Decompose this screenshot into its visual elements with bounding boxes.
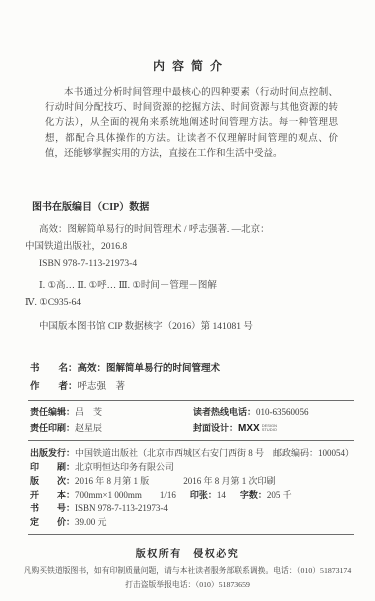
format-value: 700mm×1 000mm 1/16 (75, 490, 176, 500)
cip-publisher-line: 中国铁道出版社，2016.8 (25, 239, 355, 256)
printer-name: 赵星辰 (75, 423, 102, 433)
cip-title-line: 高效：图解简单易行的时间管理术 / 呼志强著. —北京： (25, 222, 355, 239)
price-row: 定 价：39.00 元 (30, 516, 357, 530)
intro-title: 内容简介 (0, 0, 375, 74)
format-row: 开 本：700mm×1 000mm 1/16印张：14字数：205 千 (30, 489, 357, 503)
intro-paragraph: 本书通过分析时间管理中最核心的四种要素（行动时间点控制、行动时间分配技巧、时间资… (45, 86, 338, 162)
book-author-label: 作 者： (30, 382, 78, 392)
divider-middle (28, 440, 354, 441)
cip-classification-line-2: Ⅳ. ①C935-64 (25, 295, 355, 312)
mxx-logo-text: MXX (238, 421, 260, 437)
print-label: 印 刷： (30, 462, 75, 472)
sheets-value: 14 (217, 490, 226, 500)
print-value: 北京明恒达印务有限公司 (75, 462, 174, 472)
printer-label: 责任印刷： (30, 423, 75, 433)
editor-row: 责任编辑：吕 芠 (30, 405, 193, 421)
cip-heading: 图书在版编目（CIP）数据 (32, 198, 375, 213)
book-title-label: 书 名： (30, 364, 78, 374)
book-info: 书 名：高效：图解简单易行的时间管理术 作 者：呼志强 著 (30, 361, 355, 396)
hotline-row: 读者热线电话：010-63560056 (193, 405, 355, 421)
isbn-row: 书 号：ISBN 978-7-113-21973-4 (30, 502, 357, 516)
publisher-value: 中国铁道出版社（北京市西城区右安门西街 8 号 邮政编码：100054） (75, 448, 354, 458)
cover-design-row: 封面设计：MXXDESIGNSTUDIO (193, 421, 355, 437)
copyright-statement: 版权所有 侵权必究 (0, 545, 375, 560)
words-label: 字数： (240, 490, 267, 500)
staff-section: 责任编辑：吕 芠 读者热线电话：010-63560056 责任印刷：赵星辰 封面… (30, 405, 355, 436)
edition-row: 版 次：2016 年 8 月第 1 版2016 年 8 月第 1 次印刷 (30, 475, 357, 489)
isbn-label: 书 号： (30, 503, 75, 513)
book-title-row: 书 名：高效：图解简单易行的时间管理术 (30, 361, 355, 379)
piracy-report-line: 打击盗版举报电话：（010）51873659 (0, 579, 375, 590)
book-title-value: 高效：图解简单易行的时间管理术 (78, 364, 221, 374)
publisher-row: 出版发行：中国铁道出版社（北京市西城区右安门西街 8 号 邮政编码：100054… (30, 447, 357, 461)
hotline-label: 读者热线电话： (193, 407, 256, 417)
editor-name: 吕 芠 (75, 407, 102, 417)
printer-row: 责任印刷：赵星辰 (30, 421, 193, 437)
cip-isbn-line: ISBN 978-7-113-21973-4 (25, 256, 355, 273)
mxx-sub-line2: STUDIO (262, 428, 277, 433)
printing-value: 2016 年 8 月第 1 次印刷 (183, 476, 275, 486)
hotline-number: 010-63560056 (256, 407, 309, 417)
mxx-logo-subtext: DESIGNSTUDIO (262, 424, 277, 433)
editor-label: 责任编辑： (30, 407, 75, 417)
format-label: 开 本： (30, 490, 75, 500)
price-value: 39.00 元 (75, 517, 107, 527)
book-author-value: 呼志强 著 (78, 382, 126, 392)
cip-classification-line-1: Ⅰ. ①高… Ⅱ. ①呼… Ⅲ. ①时间－管理－图解 (25, 278, 355, 295)
publisher-label: 出版发行： (30, 448, 75, 458)
isbn-value: ISBN 978-7-113-21973-4 (75, 503, 168, 513)
sheets-label: 印张： (190, 490, 217, 500)
cip-record-line: 中国版本图书馆 CIP 数据核字（2016）第 141081 号 (25, 319, 355, 336)
print-row: 印 刷：北京明恒达印务有限公司 (30, 461, 357, 475)
cip-block: 高效：图解简单易行的时间管理术 / 呼志强著. —北京： 中国铁道出版社，201… (25, 222, 355, 336)
mxx-logo: MXXDESIGNSTUDIO (238, 421, 277, 437)
quality-notice: 凡购买铁道版图书，如有印制质量问题，请与本社读者服务部联系调换。电话：（010）… (6, 565, 369, 576)
edition-value: 2016 年 8 月第 1 版 (75, 476, 149, 486)
book-author-row: 作 者：呼志强 著 (30, 379, 355, 397)
price-label: 定 价： (30, 517, 75, 527)
divider-top (28, 400, 354, 401)
copyright-page: 内容简介 本书通过分析时间管理中最核心的四种要素（行动时间点控制、行动时间分配技… (0, 0, 375, 601)
cover-design-label: 封面设计： (193, 423, 238, 433)
edition-label: 版 次： (30, 476, 75, 486)
divider-bottom (28, 534, 354, 535)
publication-section: 出版发行：中国铁道出版社（北京市西城区右安门西街 8 号 邮政编码：100054… (30, 447, 357, 530)
spacer (25, 312, 355, 319)
words-value: 205 千 (267, 490, 292, 500)
